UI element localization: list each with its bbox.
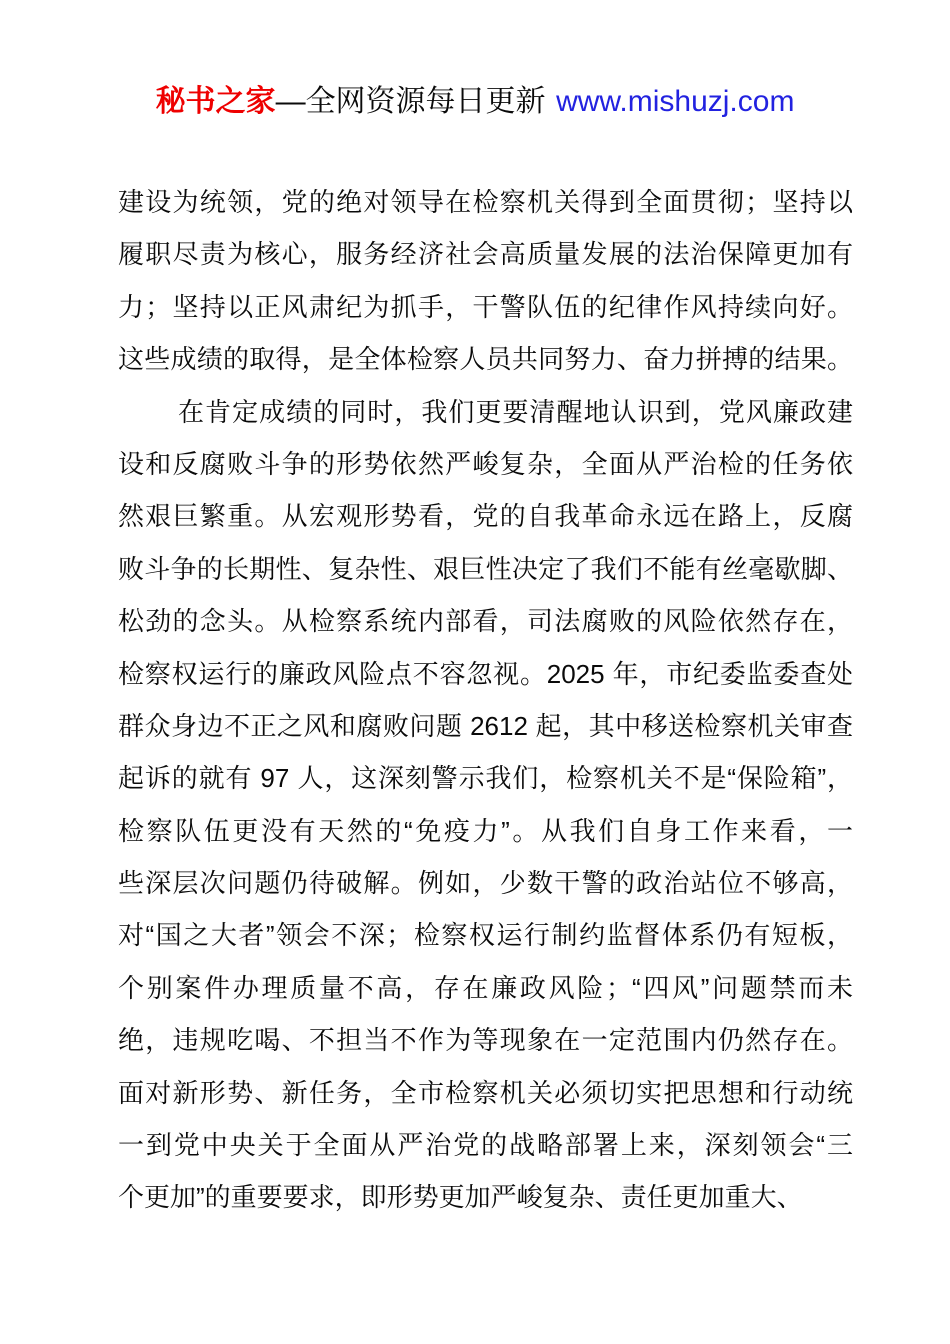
text-line: 松劲的念头。从检察系统内部看，司法腐败的风险依然存在，: [118, 595, 853, 647]
brand-name: 秘书之家: [156, 85, 276, 118]
text-line: 检察队伍更没有天然的“免疫力”。从我们自身工作来看，一: [118, 805, 853, 857]
paragraph: 在肯定成绩的同时，我们更要清醒地认识到，党风廉政建 设和反腐败斗争的形势依然严峻…: [118, 386, 853, 1224]
site-url-link[interactable]: www.mishuzj.com: [556, 85, 794, 118]
text-line: 面对新形势、新任务，全市检察机关必须切实把思想和行动统: [118, 1067, 853, 1119]
text-line: 建设为统领，党的绝对领导在检察机关得到全面贯彻；坚持以: [118, 176, 853, 228]
text-line: 设和反腐败斗争的形势依然严峻复杂，全面从严治检的任务依: [118, 438, 853, 490]
paragraph: 建设为统领，党的绝对领导在检察机关得到全面贯彻；坚持以 履职尽责为核心，服务经济…: [118, 176, 853, 386]
text-line: 力；坚持以正风肃纪为抓手，干警队伍的纪律作风持续向好。: [118, 281, 853, 333]
text-line: 这些成绩的取得，是全体检察人员共同努力、奋力拼搏的结果。: [118, 333, 853, 385]
text-line: 一到党中央关于全面从严治党的战略部署上来，深刻领会“三: [118, 1119, 853, 1171]
text-line: 对“国之大者”领会不深；检察权运行制约监督体系仍有短板，: [118, 909, 853, 961]
text-line: 群众身边不正之风和腐败问题 2612 起，其中移送检察机关审查: [118, 700, 853, 752]
text-line: 在肯定成绩的同时，我们更要清醒地认识到，党风廉政建: [118, 386, 853, 438]
text-line: 个更加”的重要要求，即形势更加严峻复杂、责任更加重大、: [118, 1171, 853, 1223]
document-body: 建设为统领，党的绝对领导在检察机关得到全面贯彻；坚持以 履职尽责为核心，服务经济…: [118, 176, 853, 1224]
document-page: 秘书之家—全网资源每日更新www.mishuzj.com 建设为统领，党的绝对领…: [0, 0, 950, 1344]
text-line: 履职尽责为核心，服务经济社会高质量发展的法治保障更加有: [118, 228, 853, 280]
text-line: 些深层次问题仍待破解。例如，少数干警的政治站位不够高，: [118, 857, 853, 909]
text-line: 个别案件办理质量不高，存在廉政风险；“四风”问题禁而未: [118, 962, 853, 1014]
text-line: 起诉的就有 97 人，这深刻警示我们，检察机关不是“保险箱”，: [118, 752, 853, 804]
site-header: 秘书之家—全网资源每日更新www.mishuzj.com: [0, 82, 950, 122]
text-line: 检察权运行的廉政风险点不容忽视。2025 年，市纪委监委查处: [118, 648, 853, 700]
header-tagline: —全网资源每日更新: [276, 85, 546, 118]
text-line: 绝，违规吃喝、不担当不作为等现象在一定范围内仍然存在。: [118, 1014, 853, 1066]
text-line: 然艰巨繁重。从宏观形势看，党的自我革命永远在路上，反腐: [118, 490, 853, 542]
text-line: 败斗争的长期性、复杂性、艰巨性决定了我们不能有丝毫歇脚、: [118, 543, 853, 595]
